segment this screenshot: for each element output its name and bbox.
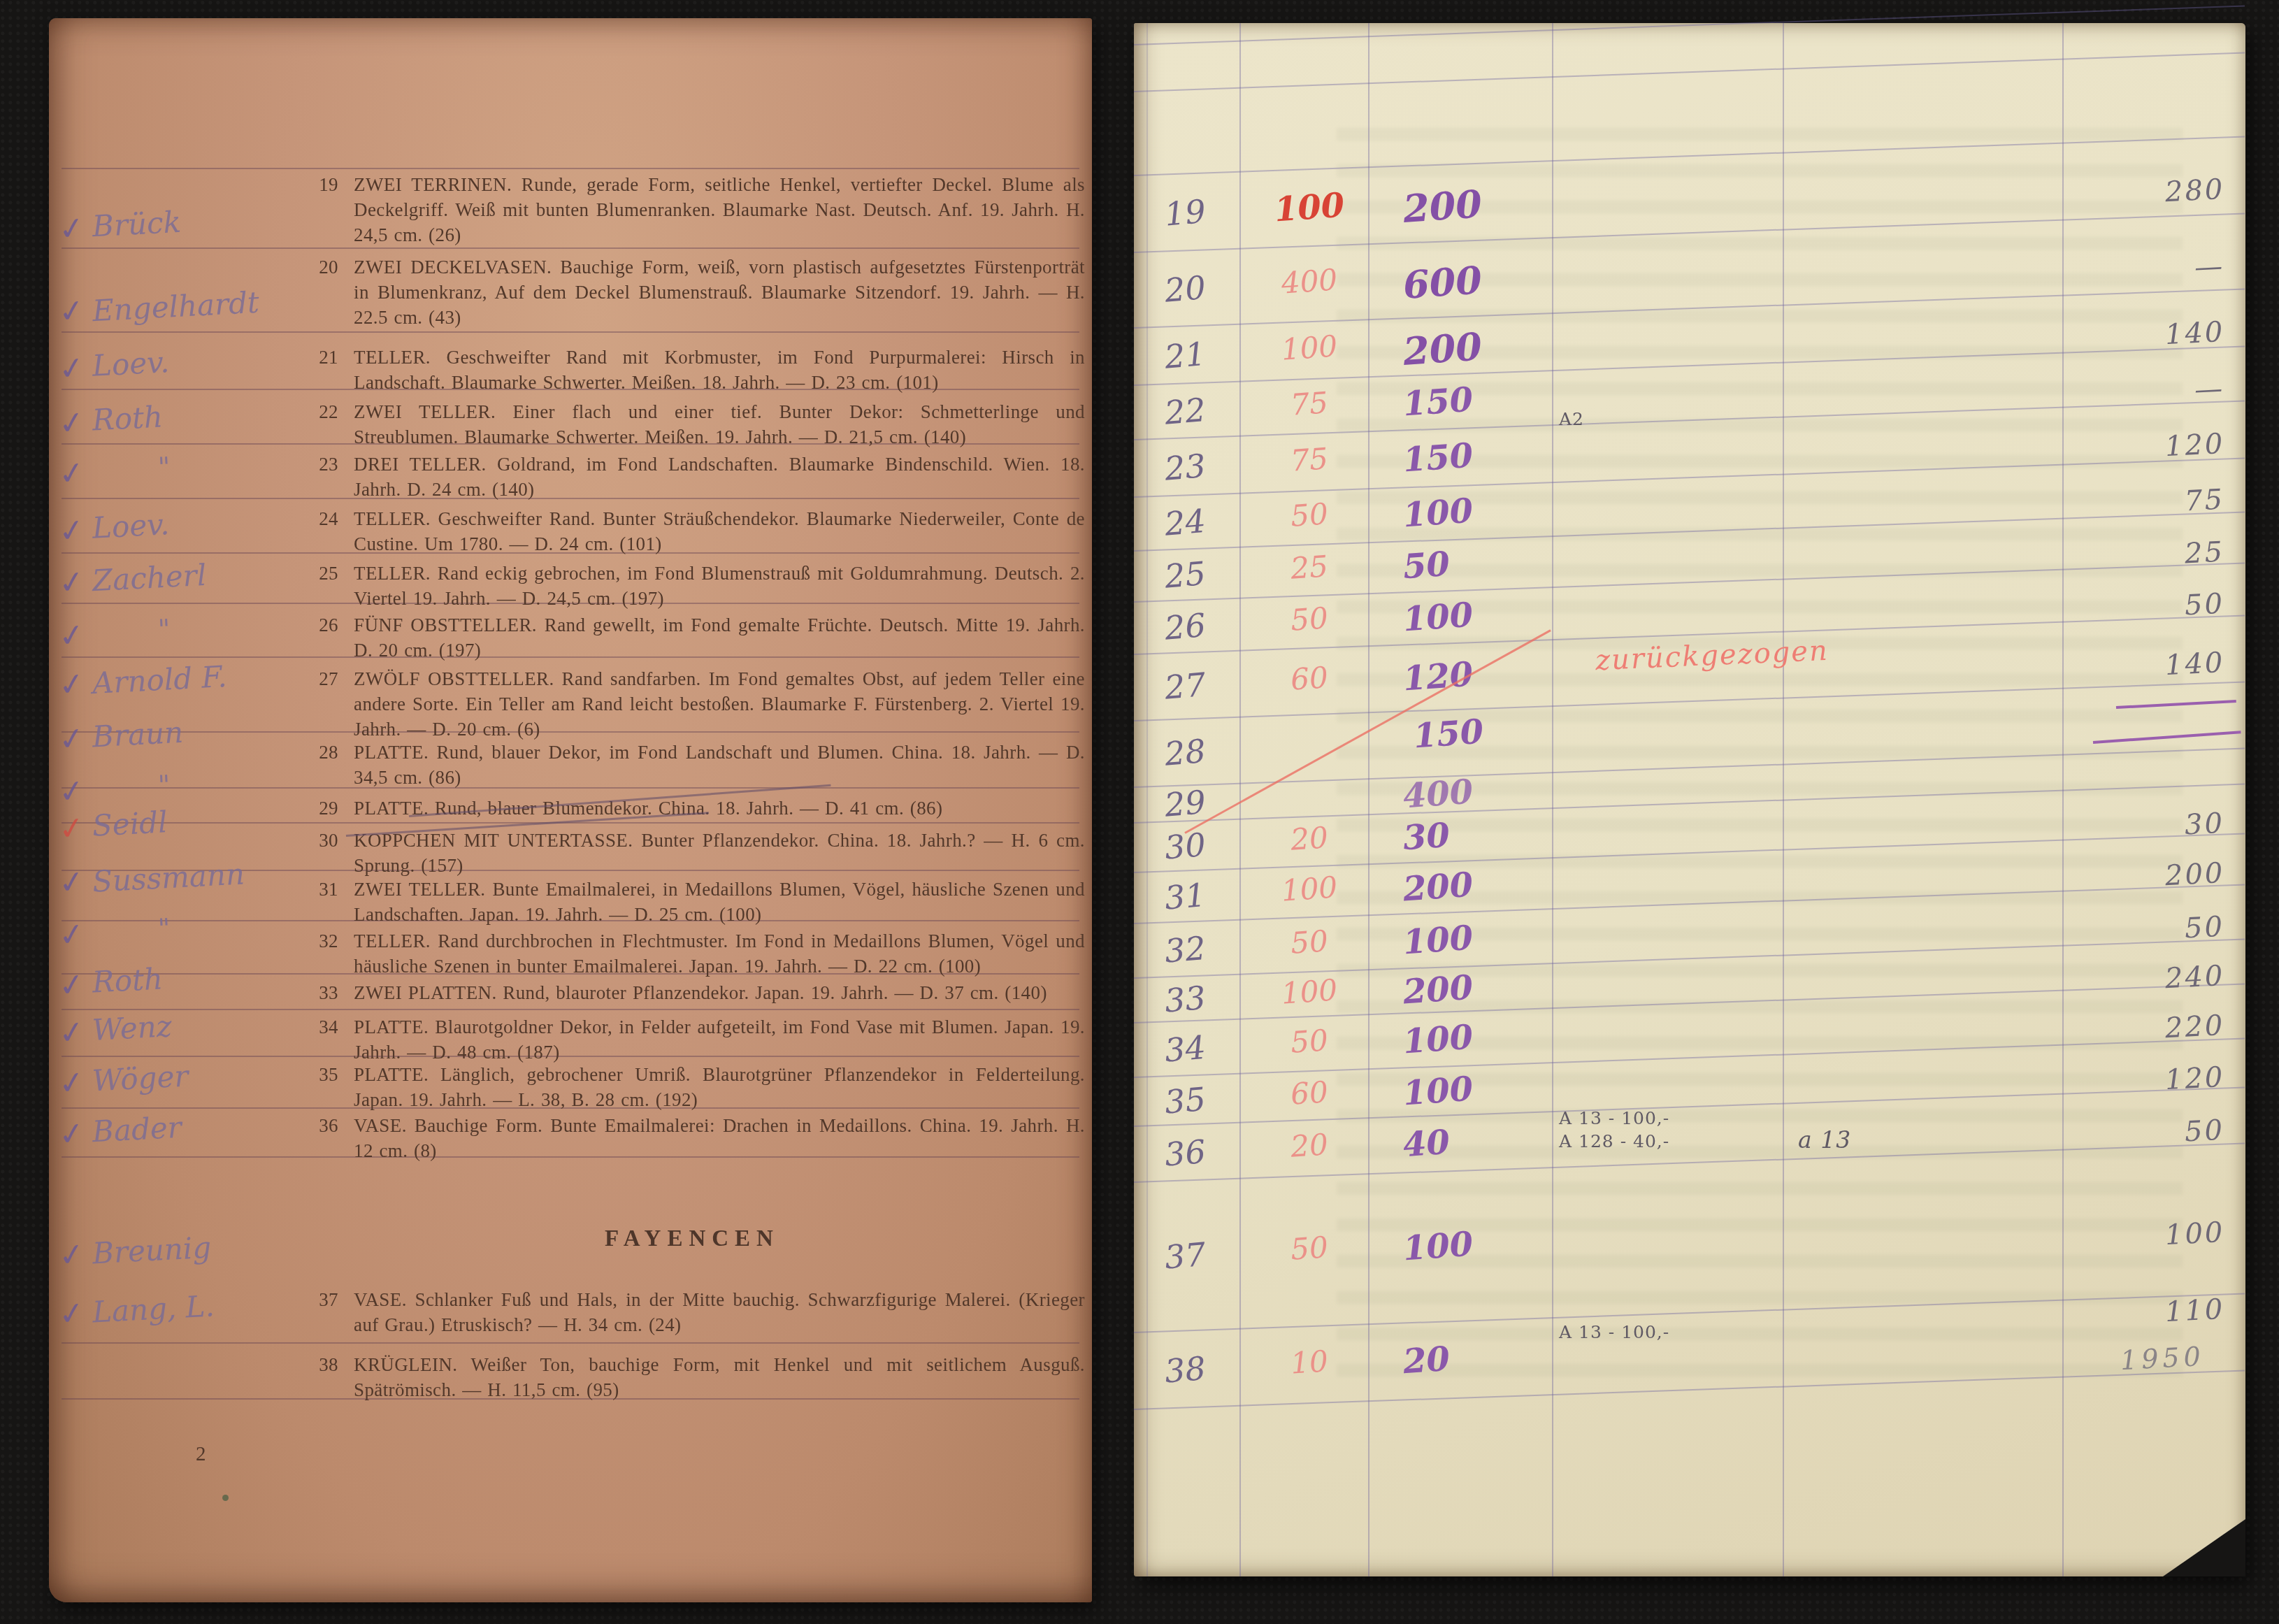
limit-price: 75 (1256, 383, 1363, 424)
entry-number: 22 (294, 399, 338, 424)
lot-number: 30 (1163, 822, 1243, 866)
check-icon: ✓ (57, 810, 87, 849)
entry-number: 38 (294, 1352, 338, 1377)
margin-annotation: ✓" (53, 452, 288, 501)
limit-price: 25 (1256, 547, 1363, 588)
catalog-entry: 19ZWEI TERRINEN. Runde, gerade Form, sei… (294, 172, 1091, 247)
hammer-price: 100 (1402, 1018, 1474, 1062)
limit-price: 100 (1256, 971, 1363, 1012)
catalog-entry: 23DREI TELLER. Goldrand, im Fond Landsch… (294, 452, 1091, 502)
margin-annotation: ✓Wenz (53, 1011, 288, 1060)
entry-number: 34 (294, 1014, 338, 1040)
check-icon: ✓ (57, 966, 87, 1005)
margin-annotation: ✓" (53, 913, 288, 962)
pencil-note: A2 (1559, 409, 1584, 429)
check-icon: ✓ (57, 863, 87, 903)
check-icon: ✓ (57, 454, 87, 494)
check-icon: ✓ (57, 773, 87, 812)
limit-price: 60 (1256, 658, 1363, 699)
final-price: 280 (2164, 173, 2225, 208)
final-price: 200 (2164, 857, 2225, 892)
entry-description: PLATTE. Rund, blauer Dekor, im Fond Land… (354, 740, 1085, 790)
buyer-name: Sussmann (92, 856, 245, 898)
ditto-mark: " (157, 614, 171, 645)
entry-description: ZWEI PLATTEN. Rund, blauroter Pflanzende… (354, 980, 1085, 1005)
check-icon: ✓ (57, 720, 87, 759)
lot-number: 24 (1163, 498, 1243, 542)
entry-separator-line (62, 1342, 1079, 1344)
entry-description: ZWÖLF OBSTTELLER. Rand sandfarben. Im Fo… (354, 666, 1085, 742)
margin-annotation: ✓Seidl (53, 807, 288, 856)
entry-number: 33 (294, 980, 338, 1005)
buyer-name: Seidl (92, 805, 168, 843)
hammer-price: 200 (1402, 968, 1474, 1012)
entry-description: PLATTE. Blaurotgoldner Dekor, in Felder … (354, 1014, 1085, 1065)
entry-number: 19 (294, 172, 338, 197)
entry-number: 24 (294, 506, 338, 531)
buyer-name: Lang, L. (92, 1288, 215, 1329)
check-icon: ✓ (57, 1236, 87, 1275)
lot-number: 19 (1163, 189, 1243, 233)
final-price: 240 (2164, 960, 2225, 995)
entry-number: 25 (294, 561, 338, 586)
buyer-name: Bader (92, 1110, 182, 1149)
buyer-name: Wenz (92, 1009, 173, 1047)
hammer-price: 50 (1402, 545, 1451, 587)
entry-number: 31 (294, 877, 338, 902)
limit-price: 75 (1256, 439, 1363, 480)
hammer-price: 100 (1402, 491, 1474, 536)
final-price: 75 (2184, 484, 2225, 518)
final-price: 120 (2164, 1061, 2225, 1096)
check-icon: ✓ (57, 1115, 87, 1154)
buyer-name: Braun (92, 715, 184, 754)
catalog-entry: 34PLATTE. Blaurotgoldner Dekor, in Felde… (294, 1014, 1091, 1065)
entry-number: 36 (294, 1113, 338, 1138)
catalog-entry: 24TELLER. Geschweifter Rand. Bunter Strä… (294, 506, 1091, 556)
buyer-name: Brück (92, 205, 182, 244)
check-icon: ✓ (57, 1295, 87, 1334)
entry-separator-line (62, 168, 1079, 169)
buyer-name: Loev. (92, 507, 171, 545)
limit-price: 60 (1256, 1072, 1363, 1114)
entry-description: TELLER. Rand eckig gebrochen, im Fond Bl… (354, 561, 1085, 611)
catalog-entry: 38KRÜGLEIN. Weißer Ton, bauchige Form, m… (294, 1352, 1091, 1402)
hammer-price: 600 (1402, 257, 1483, 308)
final-price: 220 (2164, 1009, 2225, 1044)
hammer-price: 200 (1402, 181, 1483, 231)
final-price: 50 (2184, 1114, 2225, 1149)
lot-number: 34 (1163, 1025, 1243, 1069)
lot-number: 33 (1163, 975, 1243, 1019)
catalog-entry: 30KOPPCHEN MIT UNTERTASSE. Bunter Pflanz… (294, 828, 1091, 878)
hammer-price: 200 (1402, 865, 1474, 910)
check-icon: ✓ (57, 512, 87, 551)
catalog-entry: 26FÜNF OBSTTELLER. Rand gewellt, im Fond… (294, 612, 1091, 663)
hammer-price: 400 (1402, 773, 1474, 817)
entry-number: 27 (294, 666, 338, 691)
entry-description: KRÜGLEIN. Weißer Ton, bauchige Form, mit… (354, 1352, 1085, 1402)
pencil-note: A 13 - 100,- (1559, 1322, 1669, 1342)
margin-annotation: ✓Sussmann (53, 861, 288, 910)
entry-number: 37 (294, 1287, 338, 1312)
limit-price: 20 (1256, 1125, 1363, 1166)
margin-annotation: ✓Zacherl (53, 561, 288, 610)
buyer-name: Loev. (92, 345, 171, 383)
final-price: 140 (2164, 316, 2225, 351)
entry-number: 26 (294, 612, 338, 638)
final-price: 100 (2164, 1216, 2225, 1251)
margin-annotation: ✓Lang, L. (53, 1292, 288, 1341)
margin-annotation: ✓Roth (53, 963, 288, 1012)
entry-number: 23 (294, 452, 338, 477)
pencil-note: a 13 (1798, 1126, 1851, 1154)
ledger-row-line (1134, 6, 2245, 45)
final-price: 50 (2184, 911, 2225, 945)
ledger-column-line (1146, 23, 1148, 1576)
check-icon: ✓ (57, 916, 87, 955)
lot-number: 20 (1163, 265, 1243, 309)
page-corner-cut (2163, 1519, 2245, 1576)
lot-number: 35 (1163, 1077, 1243, 1121)
catalog-entry: 28PLATTE. Rund, blauer Dekor, im Fond La… (294, 740, 1091, 790)
catalog-entry: 20ZWEI DECKELVASEN. Bauchige Form, weiß,… (294, 254, 1091, 330)
margin-annotation: ✓" (53, 614, 288, 663)
lot-number: 27 (1163, 662, 1243, 706)
catalog-entry: 32TELLER. Rand durchbrochen in Flechtmus… (294, 928, 1091, 979)
check-icon: ✓ (57, 1064, 87, 1103)
entry-number: 30 (294, 828, 338, 853)
catalog-page: 19ZWEI TERRINEN. Runde, gerade Form, sei… (49, 18, 1092, 1602)
lot-number: 23 (1163, 443, 1243, 487)
final-price: 120 (2164, 428, 2225, 463)
entry-number: 21 (294, 345, 338, 370)
lot-number: 26 (1163, 603, 1243, 647)
entry-description: ZWEI TELLER. Bunte Emailmalerei, in Meda… (354, 877, 1085, 927)
hammer-price: 150 (1402, 436, 1474, 480)
buyer-name: Wöger (92, 1058, 189, 1098)
entry-description: ZWEI TERRINEN. Runde, gerade Form, seitl… (354, 172, 1085, 247)
limit-price: 100 (1256, 868, 1363, 910)
section-header: FAYENCEN (294, 1226, 1091, 1252)
check-icon: ✓ (57, 617, 87, 656)
limit-price: 50 (1256, 1228, 1363, 1269)
ink-speck (222, 1495, 229, 1501)
entry-description: DREI TELLER. Goldrand, im Fond Landschaf… (354, 452, 1085, 502)
hammer-price: 40 (1402, 1123, 1451, 1165)
ledger-column-line (2062, 23, 2064, 1576)
lot-number: 21 (1163, 331, 1243, 375)
ledger-page: 1910020028020400600—211002001402275150—A… (1134, 23, 2245, 1576)
limit-price: 100 (1256, 327, 1363, 368)
limit-price: 100 (1256, 185, 1363, 231)
ditto-mark: " (157, 452, 171, 483)
buyer-name: Roth (92, 399, 164, 437)
margin-annotation: ✓Bader (53, 1112, 288, 1161)
hammer-price: 100 (1402, 1070, 1474, 1114)
lot-number: 31 (1163, 872, 1243, 917)
entry-description: ZWEI DECKELVASEN. Bauchige Form, weiß, v… (354, 254, 1085, 330)
entry-description: TELLER. Geschweifter Rand. Bunter Sträuß… (354, 506, 1085, 556)
limit-price: 10 (1256, 1342, 1363, 1383)
lot-number: 25 (1163, 551, 1243, 595)
hammer-price: 150 (1402, 380, 1474, 424)
check-icon: ✓ (57, 563, 87, 603)
margin-annotation: ✓Breunig (53, 1233, 288, 1282)
check-icon: ✓ (57, 1014, 87, 1053)
limit-price: 50 (1256, 1021, 1363, 1062)
margin-annotation: ✓Engelhardt (53, 289, 288, 338)
lot-number: 22 (1163, 387, 1243, 431)
lot-number: 37 (1163, 1232, 1243, 1276)
final-price: 140 (2164, 647, 2225, 682)
final-price: 110 (2164, 1293, 2225, 1328)
entry-description: VASE. Bauchige Form. Bunte Emailmalerei:… (354, 1113, 1085, 1163)
margin-annotation: ✓Arnold F. (53, 663, 288, 712)
check-icon: ✓ (57, 292, 87, 331)
catalog-entry: 21TELLER. Geschweifter Rand mit Korbmust… (294, 345, 1091, 395)
entry-description: TELLER. Rand durchbrochen in Flechtmuste… (354, 928, 1085, 979)
entry-description: KOPPCHEN MIT UNTERTASSE. Bunter Pflanzen… (354, 828, 1085, 878)
hammer-price: 100 (1402, 1225, 1474, 1269)
lot-number: 36 (1163, 1129, 1243, 1173)
catalog-entry: 25TELLER. Rand eckig gebrochen, im Fond … (294, 561, 1091, 611)
final-price: — (2194, 373, 2225, 406)
catalog-entry: 27ZWÖLF OBSTTELLER. Rand sandfarben. Im … (294, 666, 1091, 742)
final-price: 50 (2184, 588, 2225, 622)
hammer-price: 100 (1402, 919, 1474, 963)
final-price: 25 (2184, 536, 2225, 570)
entry-description: PLATTE. Rund, blauer Blumendekor. China.… (354, 796, 1085, 821)
catalog-entry: 22ZWEI TELLER. Einer flach und einer tie… (294, 399, 1091, 450)
entry-number: 32 (294, 928, 338, 954)
buyer-name: Zacherl (92, 558, 208, 598)
hammer-price: 100 (1402, 596, 1474, 640)
limit-price: 50 (1256, 598, 1363, 640)
ledger-row-line (1134, 52, 2245, 92)
margin-annotation: ✓Loev. (53, 509, 288, 558)
catalog-entry: 37VASE. Schlanker Fuß und Hals, in der M… (294, 1287, 1091, 1337)
buyer-name: Engelhardt (92, 285, 260, 328)
final-price: 30 (2184, 807, 2225, 842)
lot-number: 29 (1163, 779, 1243, 824)
margin-annotation: ✓Loev. (53, 347, 288, 396)
lot-number: 38 (1163, 1346, 1243, 1390)
entry-description: PLATTE. Länglich, gebrochener Umriß. Bla… (354, 1062, 1085, 1112)
limit-price: 50 (1256, 921, 1363, 963)
pencil-note: A 128 - 40,- (1559, 1131, 1669, 1151)
ledger-column-line (1552, 23, 1553, 1576)
check-icon: ✓ (57, 666, 87, 705)
entry-number: 29 (294, 796, 338, 821)
book-spread: 19ZWEI TERRINEN. Runde, gerade Form, sei… (0, 0, 2279, 1624)
ditto-mark: " (157, 913, 171, 944)
limit-price: 20 (1256, 818, 1363, 859)
catalog-entry: 29PLATTE. Rund, blauer Blumendekor. Chin… (294, 796, 1091, 821)
catalog-entry: 33ZWEI PLATTEN. Rund, blauroter Pflanzen… (294, 980, 1091, 1005)
entry-number: 35 (294, 1062, 338, 1087)
hammer-price: 30 (1402, 816, 1451, 858)
entry-description: ZWEI TELLER. Einer flach und einer tief.… (354, 399, 1085, 450)
catalog-entry: 31ZWEI TELLER. Bunte Emailmalerei, in Me… (294, 877, 1091, 927)
total-amount: 1950 (2120, 1341, 2206, 1376)
final-price: — (2194, 250, 2225, 284)
check-icon: ✓ (57, 350, 87, 389)
lot-number: 32 (1163, 926, 1243, 970)
check-icon: ✓ (57, 404, 87, 443)
buyer-name: Roth (92, 961, 164, 999)
pencil-note: A 13 - 100,- (1559, 1108, 1669, 1128)
check-icon: ✓ (57, 210, 87, 249)
page-number: 2 (196, 1443, 206, 1466)
margin-annotation: ✓Roth (53, 401, 288, 450)
entry-description: FÜNF OBSTTELLER. Rand gewellt, im Fond g… (354, 612, 1085, 663)
entry-number: 28 (294, 740, 338, 765)
catalog-entry: 36VASE. Bauchige Form. Bunte Emailmalere… (294, 1113, 1091, 1163)
margin-annotation: ✓Brück (53, 207, 288, 256)
margin-annotation: ✓Braun (53, 717, 288, 766)
catalog-entry: 35PLATTE. Länglich, gebrochener Umriß. B… (294, 1062, 1091, 1112)
entry-description: TELLER. Geschweifter Rand mit Korbmuster… (354, 345, 1085, 395)
lot-number: 28 (1163, 728, 1243, 773)
hammer-price: 20 (1402, 1339, 1451, 1382)
entry-description: VASE. Schlanker Fuß und Hals, in der Mit… (354, 1287, 1085, 1337)
margin-annotation: ✓Wöger (53, 1061, 288, 1110)
buyer-name: Breunig (92, 1230, 213, 1271)
ditto-mark: " (157, 770, 171, 801)
ledger-column-line (1368, 23, 1369, 1576)
limit-price: 50 (1256, 494, 1363, 536)
hammer-price: 200 (1402, 324, 1483, 374)
hammer-price: 150 (1412, 712, 1485, 756)
limit-price: 400 (1256, 261, 1363, 302)
entry-number: 20 (294, 254, 338, 280)
buyer-name: Arnold F. (92, 659, 228, 700)
